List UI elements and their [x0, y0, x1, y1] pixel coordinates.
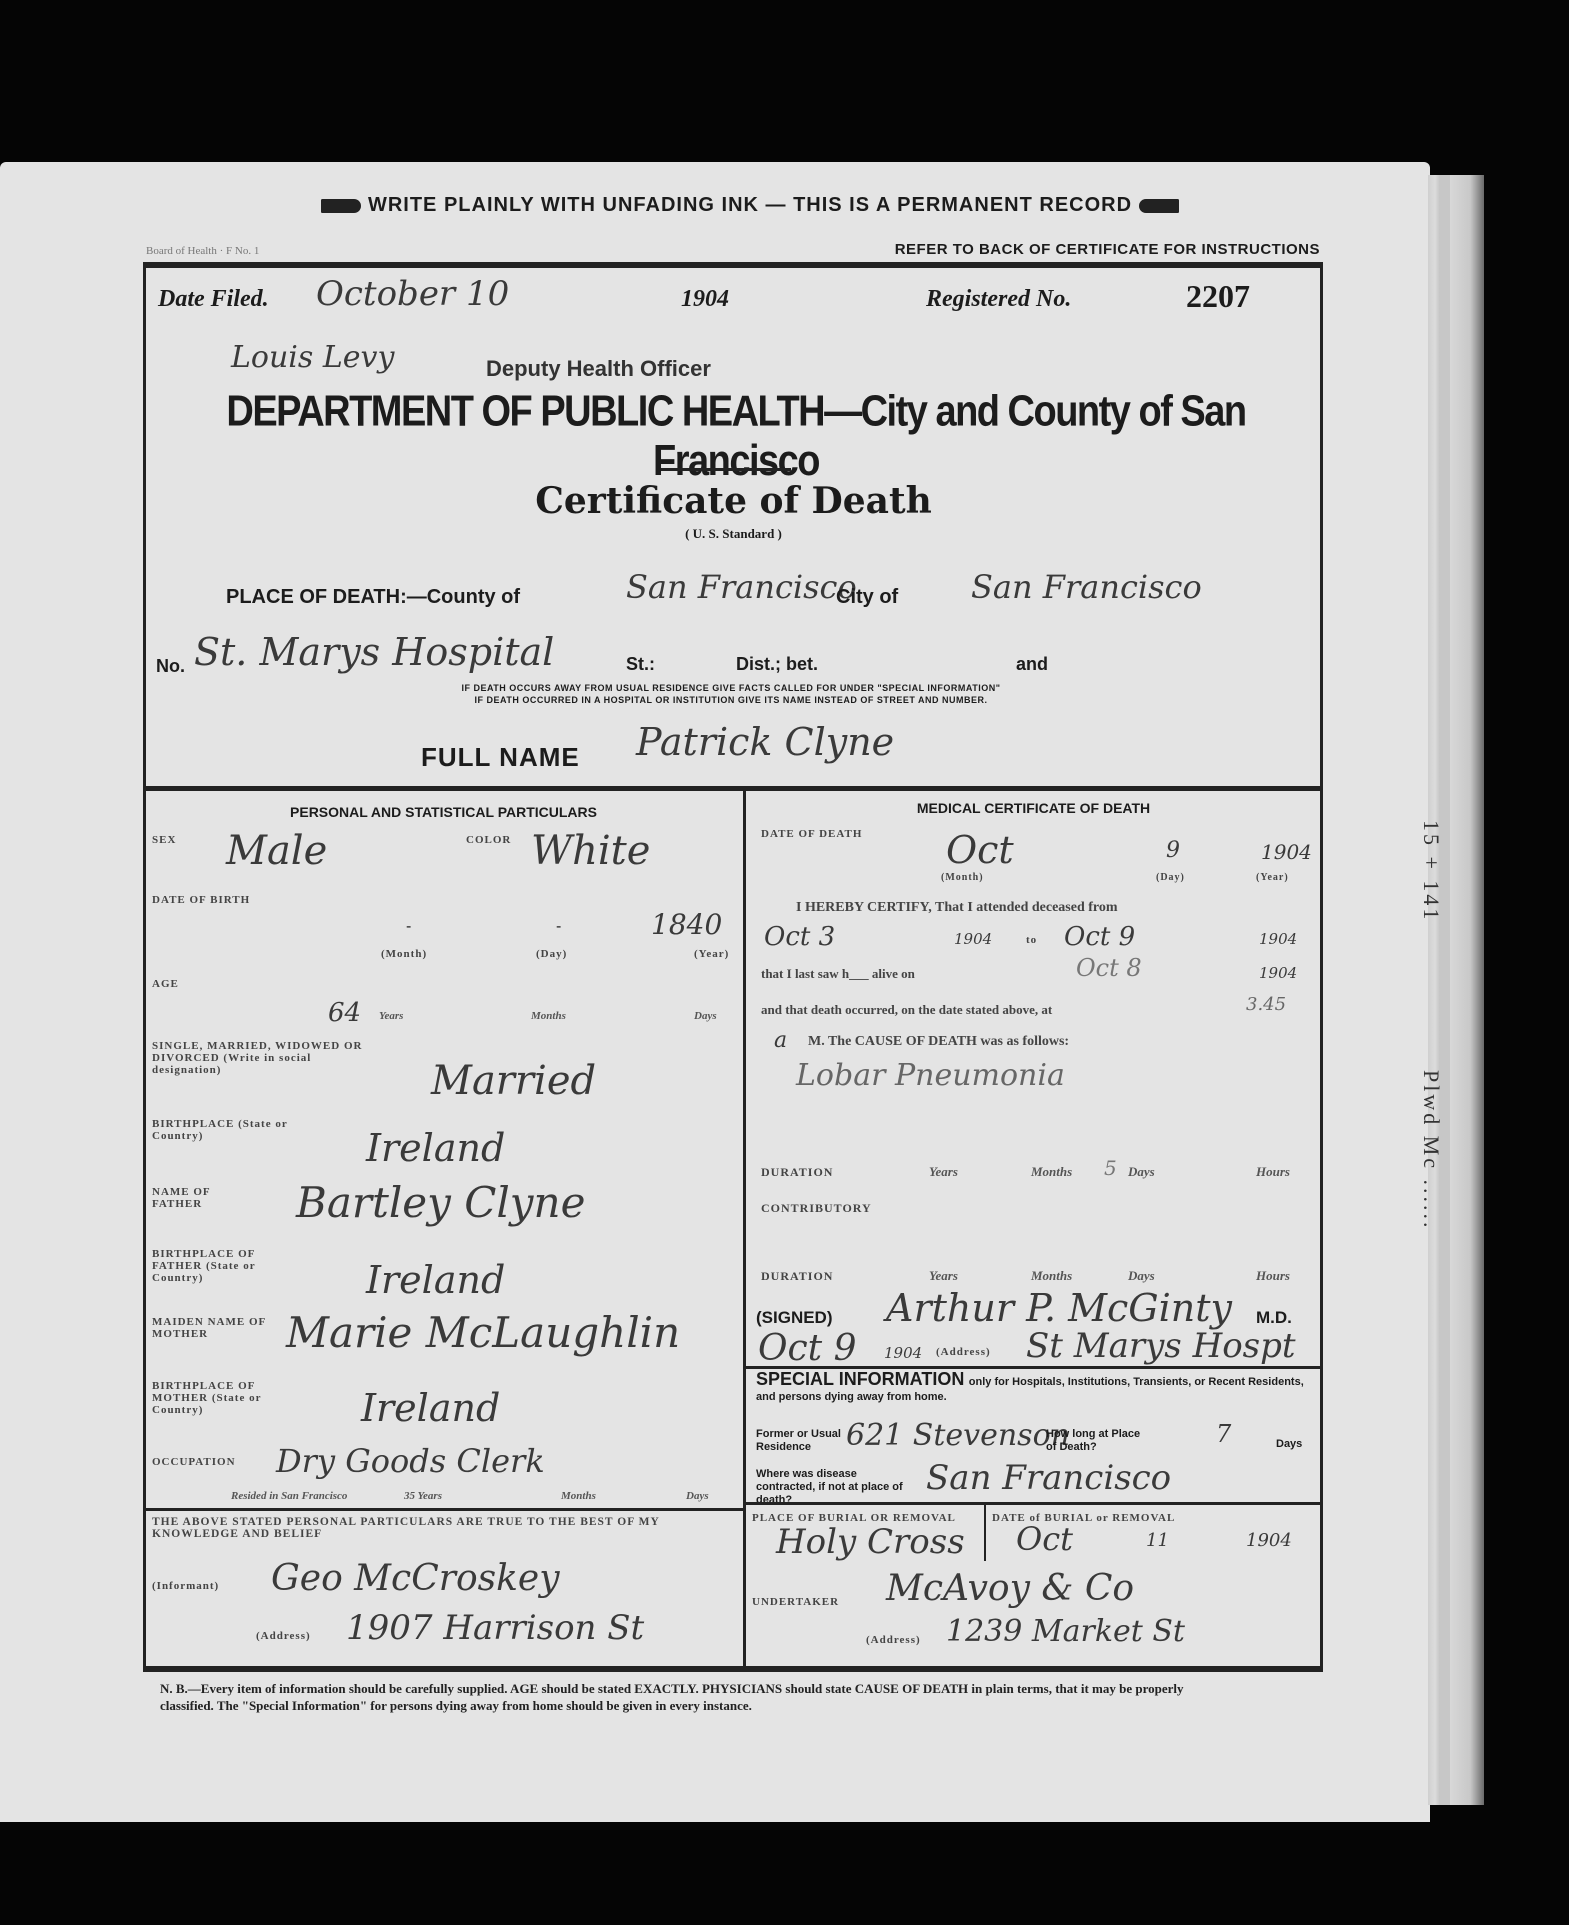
dob-year: 1840 — [651, 908, 722, 941]
burial-day: 11 — [1146, 1530, 1169, 1551]
attended-from-year: 1904 — [954, 930, 992, 948]
age-label: AGE — [152, 978, 179, 990]
informant-address: 1907 Harrison St — [346, 1608, 644, 1648]
resided-days-label: Days — [686, 1490, 709, 1502]
mother-value: Marie McLaughlin — [286, 1308, 680, 1357]
birthplace-value: Ireland — [366, 1126, 505, 1170]
banner-text: WRITE PLAINLY WITH UNFADING INK — THIS I… — [368, 194, 1132, 216]
banner: WRITE PLAINLY WITH UNFADING INK — THIS I… — [200, 194, 1300, 217]
district-label: Dist.; bet. — [736, 654, 818, 675]
duration-days-label-2: Days — [1128, 1268, 1155, 1284]
occurred-label: and that death occurred, on the date sta… — [761, 1002, 1052, 1018]
duration-hours-label: Hours — [1256, 1164, 1290, 1180]
certificate-subtitle: ( U. S. Standard ) — [146, 526, 1321, 542]
margin-note: Plwd Mc ...... — [1418, 1070, 1444, 1231]
dod-month: Oct — [946, 828, 1014, 872]
divider — [146, 786, 1321, 791]
occupation-label: OCCUPATION — [152, 1456, 236, 1468]
department-title: DEPARTMENT OF PUBLIC HEALTH—City and Cou… — [186, 388, 1286, 487]
meridiem: a — [774, 1028, 787, 1053]
duration-years-label-2: Years — [929, 1268, 958, 1284]
attended-to: Oct 9 — [1064, 922, 1135, 952]
certificate-form: Date Filed. October 10 1904 Registered N… — [143, 262, 1323, 1672]
age-days-label: Days — [694, 1010, 717, 1022]
dod-label: DATE OF DEATH — [761, 828, 862, 840]
undertaker-label: UNDERTAKER — [752, 1596, 839, 1608]
age-months-label: Months — [531, 1010, 566, 1022]
dob-day: - — [556, 918, 561, 936]
informant-statement: THE ABOVE STATED PERSONAL PARTICULARS AR… — [152, 1516, 732, 1540]
how-long-value: 7 — [1216, 1420, 1231, 1448]
signed-label: (SIGNED) — [756, 1308, 833, 1328]
page-edge — [1440, 175, 1450, 1805]
physician-address: St Marys Hospt — [1026, 1326, 1296, 1366]
undertaker-address: 1239 Market St — [946, 1614, 1185, 1649]
age-years-label: Years — [379, 1010, 403, 1022]
last-saw-label: that I last saw h___ alive on — [761, 966, 915, 982]
dob-label: DATE OF BIRTH — [152, 894, 250, 906]
column-divider — [984, 1505, 986, 1561]
date-filed-value: October 10 — [316, 274, 509, 314]
md-label: M.D. — [1256, 1308, 1292, 1328]
color-label: COLOR — [466, 834, 511, 846]
full-name-value: Patrick Clyne — [636, 720, 894, 764]
place-note-line: IF DEATH OCCURRED IN A HOSPITAL OR INSTI… — [296, 694, 1166, 706]
attended-from: Oct 3 — [764, 922, 835, 952]
physician-address-label: (Address) — [936, 1346, 991, 1358]
sex-label: SEX — [152, 834, 176, 846]
burial-month: Oct — [1016, 1520, 1073, 1558]
divider — [661, 468, 791, 471]
personal-heading: PERSONAL AND STATISTICAL PARTICULARS — [146, 804, 741, 820]
resided-months-label: Months — [561, 1490, 596, 1502]
how-long-label: How long at Place of Death? — [1046, 1428, 1146, 1454]
contracted-value: San Francisco — [926, 1458, 1171, 1498]
special-heading: SPECIAL INFORMATION only for Hospitals, … — [756, 1372, 1316, 1404]
page-edge — [1450, 175, 1484, 1805]
column-divider — [743, 790, 746, 1670]
dod-year-label: (Year) — [1256, 872, 1289, 884]
duration-months-label: Months — [1031, 1164, 1072, 1180]
contributory-label: CONTRIBUTORY — [761, 1202, 872, 1214]
father-birthplace-label: BIRTHPLACE OF FATHER (State or Country) — [152, 1248, 292, 1284]
duration-label: DURATION — [761, 1166, 833, 1178]
duration-months-label-2: Months — [1031, 1268, 1072, 1284]
father-label: NAME OF FATHER — [152, 1186, 242, 1210]
filing-year: 1904 — [681, 286, 729, 313]
special-heading-title: SPECIAL INFORMATION — [756, 1369, 964, 1389]
to-label: to — [1026, 934, 1037, 946]
year-label: (Year) — [694, 948, 729, 960]
dod-day: 9 — [1166, 838, 1180, 863]
cause-value: Lobar Pneumonia — [796, 1058, 1065, 1093]
attended-to-year: 1904 — [1259, 930, 1297, 948]
county-value: San Francisco — [626, 568, 857, 606]
officer-title: Deputy Health Officer — [486, 356, 711, 382]
place-note: IF DEATH OCCURS AWAY FROM USUAL RESIDENC… — [296, 682, 1166, 706]
residence-label: Former or Usual Residence — [756, 1428, 841, 1454]
last-saw-value: Oct 8 — [1076, 954, 1142, 982]
undertaker-value: McAvoy & Co — [886, 1568, 1134, 1609]
resided-years: 35 Years — [404, 1490, 442, 1502]
last-saw-year: 1904 — [1259, 964, 1297, 982]
informant-label: (Informant) — [152, 1580, 219, 1592]
street-label: St.: — [626, 654, 655, 675]
place-value: St. Marys Hospital — [194, 630, 554, 674]
burial-year: 1904 — [1246, 1530, 1292, 1551]
father-value: Bartley Clyne — [296, 1178, 585, 1227]
death-time: 3.45 — [1246, 994, 1286, 1015]
no-label: No. — [156, 656, 185, 677]
month-label: (Month) — [381, 948, 427, 960]
medical-heading: MEDICAL CERTIFICATE OF DEATH — [746, 800, 1321, 816]
undertaker-address-label: (Address) — [866, 1634, 921, 1646]
dob-month: - — [406, 918, 411, 936]
resided-label: Resided in San Francisco — [231, 1490, 347, 1502]
duration-days-label: Days — [1128, 1164, 1155, 1180]
day-label: (Day) — [536, 948, 567, 960]
divider — [146, 1508, 744, 1511]
dod-year: 1904 — [1261, 840, 1312, 864]
city-value: San Francisco — [971, 568, 1202, 606]
date-filed-label: Date Filed. — [158, 286, 269, 313]
registered-label: Registered No. — [926, 286, 1071, 313]
registered-number: 2207 — [1186, 278, 1250, 315]
mother-birthplace-value: Ireland — [361, 1386, 500, 1430]
duration-years-label: Years — [929, 1164, 958, 1180]
officer-signature: Louis Levy — [231, 340, 394, 375]
how-long-days-label: Days — [1276, 1438, 1302, 1450]
pointing-hand-icon — [1139, 199, 1179, 213]
duration-label-2: DURATION — [761, 1270, 833, 1282]
birthplace-label: BIRTHPLACE (State or Country) — [152, 1118, 292, 1142]
marital-label: SINGLE, MARRIED, WIDOWED OR DIVORCED (Wr… — [152, 1040, 382, 1076]
age-years: 64 — [328, 998, 361, 1028]
cause-label: M. The CAUSE OF DEATH was as follows: — [808, 1034, 1069, 1050]
place-of-death-label: PLACE OF DEATH:—County of — [226, 586, 520, 609]
physician-signature: Arthur P. McGinty — [886, 1286, 1232, 1330]
dod-month-label: (Month) — [941, 872, 984, 884]
signed-year: 1904 — [884, 1344, 922, 1362]
full-name-label: FULL NAME — [421, 742, 580, 773]
sex-value: Male — [226, 828, 327, 874]
father-birthplace-value: Ireland — [366, 1258, 505, 1302]
informant-address-label: (Address) — [256, 1630, 311, 1642]
refer-notice: REFER TO BACK OF CERTIFICATE FOR INSTRUC… — [800, 241, 1320, 258]
certificate-title: Certificate of Death — [146, 480, 1321, 522]
pointing-hand-icon — [321, 199, 361, 213]
certify-text: I HEREBY CERTIFY, That I attended deceas… — [796, 900, 1118, 916]
duration-days: 5 — [1104, 1156, 1117, 1180]
margin-note: 15 + 141 — [1418, 820, 1444, 922]
city-label: City of — [836, 586, 898, 609]
occupation-value: Dry Goods Clerk — [276, 1442, 545, 1480]
color-value: White — [531, 828, 650, 874]
duration-hours-label-2: Hours — [1256, 1268, 1290, 1284]
mother-birthplace-label: BIRTHPLACE OF MOTHER (State or Country) — [152, 1380, 292, 1416]
signed-date: Oct 9 — [758, 1328, 857, 1369]
footnote: N. B.—Every item of information should b… — [160, 1680, 1220, 1714]
residence-value: 621 Stevenson — [846, 1418, 1070, 1453]
informant-name: Geo McCroskey — [271, 1558, 560, 1599]
divider — [744, 1502, 1321, 1505]
printer-mark: Board of Health · F No. 1 — [146, 245, 259, 257]
mother-label: MAIDEN NAME OF MOTHER — [152, 1316, 277, 1340]
and-label: and — [1016, 654, 1048, 675]
place-note-line: IF DEATH OCCURS AWAY FROM USUAL RESIDENC… — [296, 682, 1166, 694]
marital-value: Married — [431, 1058, 596, 1104]
dod-day-label: (Day) — [1156, 872, 1185, 884]
burial-place: Holy Cross — [776, 1522, 965, 1562]
